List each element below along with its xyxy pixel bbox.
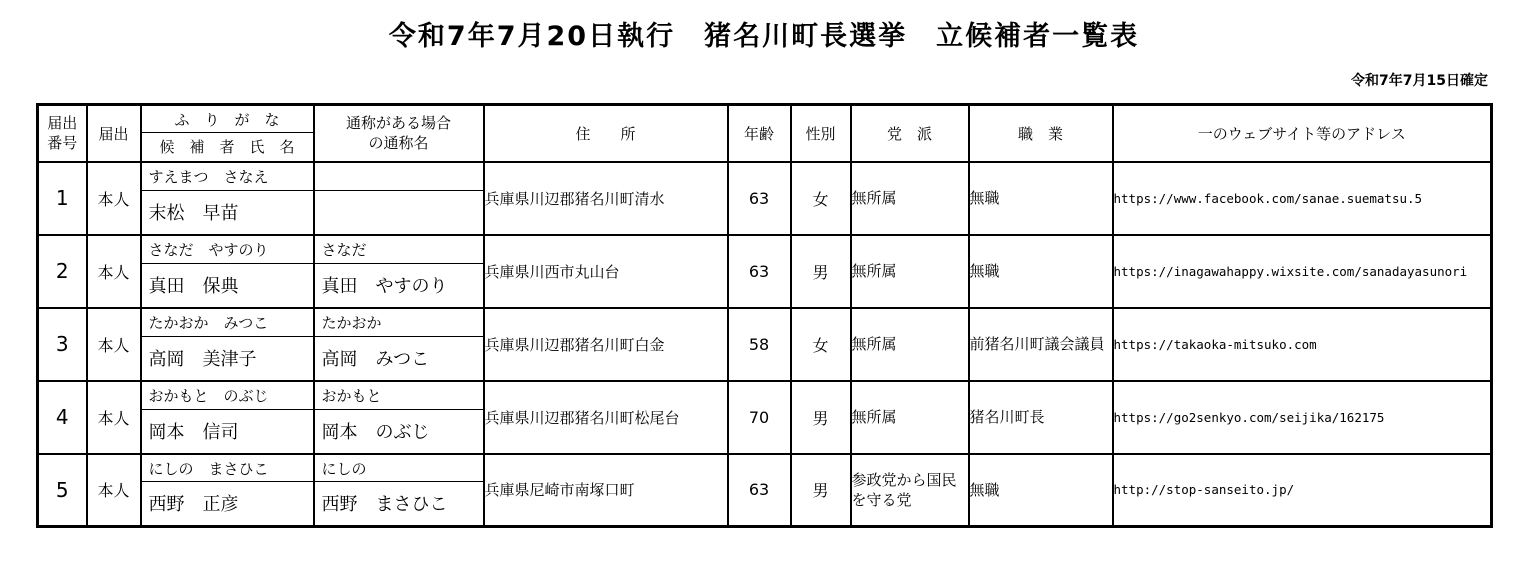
gender: 男 — [791, 235, 851, 308]
age: 58 — [728, 308, 791, 381]
occupation: 猪名川町長 — [969, 381, 1113, 454]
candidate-name: 高岡 美津子 — [142, 337, 313, 379]
candidate-table: 届出 番号 届出 ふ り が な 候 補 者 氏 名 通称がある場合 の通称名 … — [36, 103, 1493, 528]
alias-name — [315, 191, 483, 233]
header-notification: 届出 — [87, 105, 141, 162]
furigana: すえまつ さなえ — [142, 164, 313, 191]
alias-cell — [314, 162, 484, 235]
document-page: 令和7年7月20日執行 猪名川町長選挙 立候補者一覧表 令和7年7月15日確定 … — [0, 0, 1528, 565]
age: 63 — [728, 162, 791, 235]
candidate-name: 岡本 信司 — [142, 410, 313, 452]
name-cell: さなだ やすのり 真田 保典 — [141, 235, 314, 308]
alias-name: 高岡 みつこ — [315, 337, 483, 379]
notification: 本人 — [87, 162, 141, 235]
alias-cell: さなだ 真田 やすのり — [314, 235, 484, 308]
website-url: https://takaoka-mitsuko.com — [1113, 308, 1492, 381]
furigana: さなだ やすのり — [142, 237, 313, 264]
notification: 本人 — [87, 308, 141, 381]
header-party: 党 派 — [851, 105, 969, 162]
website-url: http://stop-sanseito.jp/ — [1113, 454, 1492, 527]
gender: 女 — [791, 308, 851, 381]
party: 無所属 — [851, 381, 969, 454]
alias-furigana: さなだ — [315, 237, 483, 264]
header-occupation: 職 業 — [969, 105, 1113, 162]
alias-name: 岡本 のぶじ — [315, 410, 483, 452]
confirmed-date: 令和7年7月15日確定 — [1351, 70, 1488, 90]
occupation: 無職 — [969, 454, 1113, 527]
table-row: 1 本人 すえまつ さなえ 末松 早苗 兵庫県川辺郡猪名川町清水 63 女 無所… — [38, 162, 1492, 235]
website-url: https://inagawahappy.wixsite.com/sanaday… — [1113, 235, 1492, 308]
entry-number: 2 — [38, 235, 87, 308]
party: 無所属 — [851, 235, 969, 308]
gender: 男 — [791, 454, 851, 527]
alias-furigana: たかおか — [315, 310, 483, 337]
table-row: 2 本人 さなだ やすのり 真田 保典 さなだ 真田 やすのり 兵庫県川西市丸山… — [38, 235, 1492, 308]
header-age: 年齢 — [728, 105, 791, 162]
alias-cell: おかもと 岡本 のぶじ — [314, 381, 484, 454]
entry-number: 1 — [38, 162, 87, 235]
website-url: https://go2senkyo.com/seijika/162175 — [1113, 381, 1492, 454]
name-cell: おかもと のぶじ 岡本 信司 — [141, 381, 314, 454]
alias-name: 西野 まさひこ — [315, 482, 483, 524]
notification: 本人 — [87, 381, 141, 454]
alias-cell: にしの 西野 まさひこ — [314, 454, 484, 527]
gender: 女 — [791, 162, 851, 235]
party: 参政党から国民を守る党 — [851, 454, 969, 527]
name-cell: たかおか みつこ 高岡 美津子 — [141, 308, 314, 381]
alias-furigana: おかもと — [315, 383, 483, 410]
name-cell: すえまつ さなえ 末松 早苗 — [141, 162, 314, 235]
furigana: たかおか みつこ — [142, 310, 313, 337]
website-url: https://www.facebook.com/sanae.suematsu.… — [1113, 162, 1492, 235]
entry-number: 3 — [38, 308, 87, 381]
candidate-name: 真田 保典 — [142, 264, 313, 306]
candidate-name: 末松 早苗 — [142, 191, 313, 233]
furigana: おかもと のぶじ — [142, 383, 313, 410]
address: 兵庫県尼崎市南塚口町 — [484, 454, 728, 527]
header-entry-number: 届出 番号 — [38, 105, 87, 162]
address: 兵庫県川辺郡猪名川町清水 — [484, 162, 728, 235]
page-title: 令和7年7月20日執行 猪名川町長選挙 立候補者一覧表 — [0, 0, 1528, 53]
header-gender: 性別 — [791, 105, 851, 162]
notification: 本人 — [87, 454, 141, 527]
age: 63 — [728, 454, 791, 527]
header-website: 一のウェブサイト等のアドレス — [1113, 105, 1492, 162]
notification: 本人 — [87, 235, 141, 308]
header-row: 届出 番号 届出 ふ り が な 候 補 者 氏 名 通称がある場合 の通称名 … — [38, 105, 1492, 162]
entry-number: 4 — [38, 381, 87, 454]
alias-name: 真田 やすのり — [315, 264, 483, 306]
name-cell: にしの まさひこ 西野 正彦 — [141, 454, 314, 527]
address: 兵庫県川西市丸山台 — [484, 235, 728, 308]
age: 63 — [728, 235, 791, 308]
table-row: 4 本人 おかもと のぶじ 岡本 信司 おかもと 岡本 のぶじ 兵庫県川辺郡猪名… — [38, 381, 1492, 454]
alias-furigana — [315, 164, 483, 191]
alias-cell: たかおか 高岡 みつこ — [314, 308, 484, 381]
furigana: にしの まさひこ — [142, 455, 313, 482]
header-address: 住 所 — [484, 105, 728, 162]
party: 無所属 — [851, 162, 969, 235]
alias-furigana: にしの — [315, 455, 483, 482]
table-row: 3 本人 たかおか みつこ 高岡 美津子 たかおか 高岡 みつこ 兵庫県川辺郡猪… — [38, 308, 1492, 381]
address: 兵庫県川辺郡猪名川町松尾台 — [484, 381, 728, 454]
table-row: 5 本人 にしの まさひこ 西野 正彦 にしの 西野 まさひこ 兵庫県尼崎市南塚… — [38, 454, 1492, 527]
age: 70 — [728, 381, 791, 454]
occupation: 無職 — [969, 162, 1113, 235]
gender: 男 — [791, 381, 851, 454]
header-name: ふ り が な 候 補 者 氏 名 — [141, 105, 314, 162]
address: 兵庫県川辺郡猪名川町白金 — [484, 308, 728, 381]
party: 無所属 — [851, 308, 969, 381]
occupation: 前猪名川町議会議員 — [969, 308, 1113, 381]
header-alias: 通称がある場合 の通称名 — [314, 105, 484, 162]
header-candidate-name: 候 補 者 氏 名 — [142, 133, 313, 160]
occupation: 無職 — [969, 235, 1113, 308]
candidate-name: 西野 正彦 — [142, 482, 313, 524]
header-furigana: ふ り が な — [142, 107, 313, 133]
entry-number: 5 — [38, 454, 87, 527]
